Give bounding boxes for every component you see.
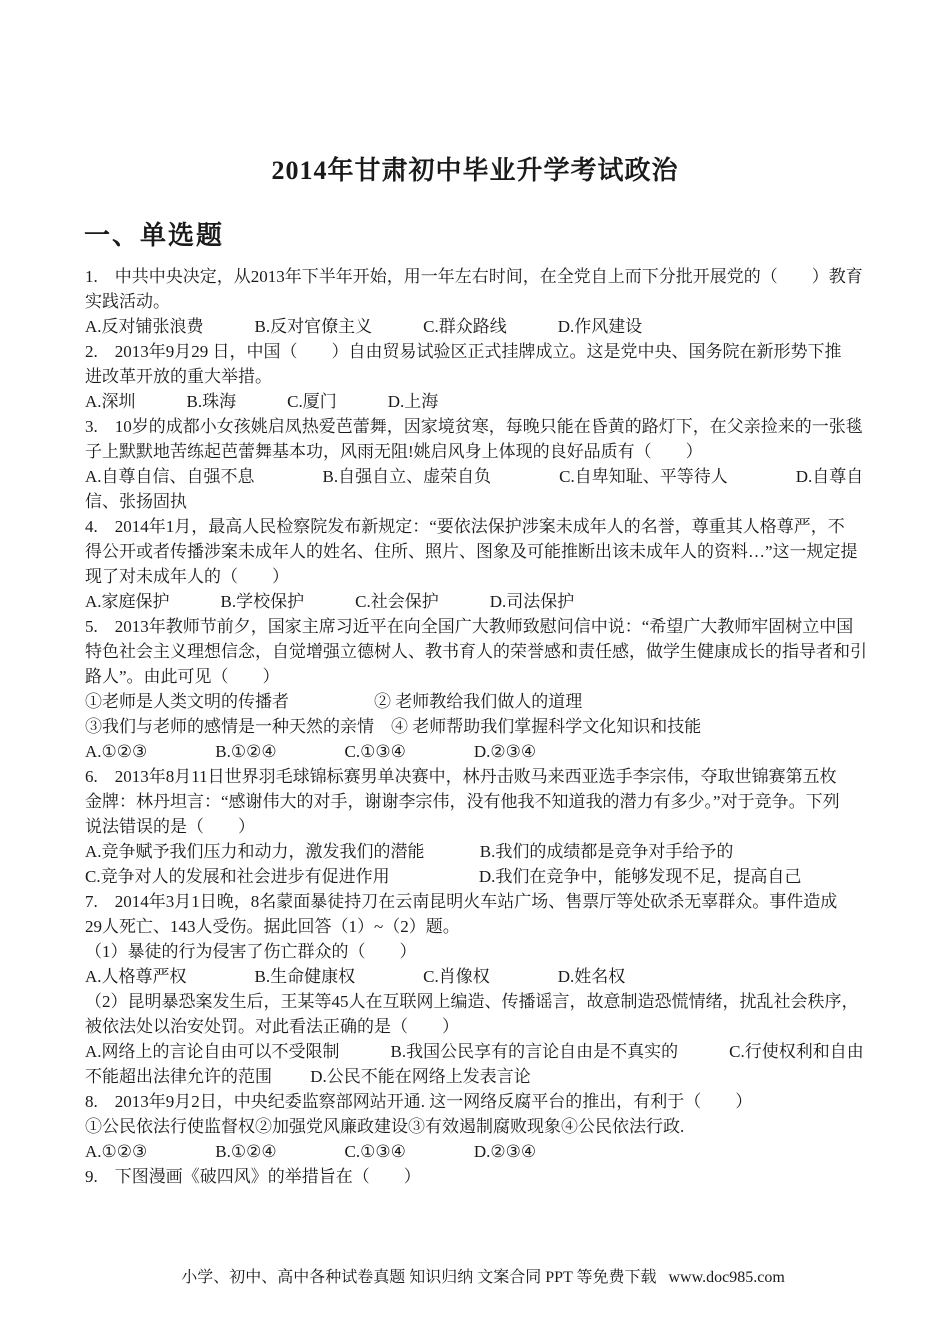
text-line: 1. 中共中央决定，从2013年下半年开始，用一年左右时间，在全党自上而下分批开… [85, 264, 905, 289]
text-line: （2）昆明暴恐案发生后，王某等45人在互联网上编造、传播谣言，故意制造恐慌情绪，… [85, 989, 905, 1014]
section-heading: 一、单选题 [84, 215, 224, 252]
text-line: ①公民依法行使监督权②加强党风廉政建设③有效遏制腐败现象④公民依法行政. [85, 1114, 905, 1139]
text-line: 现了对未成年人的（ ） [85, 564, 905, 589]
text-line: 5. 2013年教师节前夕，国家主席习近平在向全国广大教师致慰问信中说：“希望广… [85, 614, 905, 639]
text-line: 被依法处以治安处罚。对此看法正确的是（ ） [85, 1014, 905, 1039]
text-line: A.①②③ B.①②④ C.①③④ D.②③④ [85, 1139, 905, 1164]
text-line: C.竞争对人的发展和社会进步有促进作用 D.我们在竞争中，能够发现不足，提高自己 [85, 864, 905, 889]
text-line: ①老师是人类文明的传播者 ② 老师教给我们做人的道理 [85, 689, 905, 714]
text-line: 7. 2014年3月1日晚，8名蒙面暴徒持刀在云南昆明火车站广场、售票厅等处砍杀… [85, 889, 905, 914]
text-line: 说法错误的是（ ） [85, 814, 905, 839]
text-line: 进改革开放的重大举措。 [85, 364, 905, 389]
page-title: 2014年甘肃初中毕业升学考试政治 [0, 150, 950, 187]
text-line: A.自尊自信、自强不息 B.自强自立、虚荣自负 C.自卑知耻、平等待人 D.自尊… [85, 464, 905, 489]
text-line: ③我们与老师的感情是一种天然的亲情 ④ 老师帮助我们掌握科学文化知识和技能 [85, 714, 905, 739]
text-line: 实践活动。 [85, 289, 905, 314]
page-footer: 小学、初中、高中各种试卷真题 知识归纳 文案合同 PPT 等免费下载www.do… [0, 1246, 950, 1305]
text-line: 2. 2013年9月29 日，中国（ ）自由贸易试验区正式挂牌成立。这是党中央、… [85, 339, 905, 364]
text-line: 特色社会主义理想信念，自觉增强立德树人、教书育人的荣誉感和责任感，做学生健康成长… [85, 639, 905, 664]
document-lines: 1. 中共中央决定，从2013年下半年开始，用一年左右时间，在全党自上而下分批开… [85, 264, 905, 1189]
text-line: A.家庭保护 B.学校保护 C.社会保护 D.司法保护 [85, 589, 905, 614]
text-line: 信、张扬固执 [85, 489, 905, 514]
text-line: 6. 2013年8月11日世界羽毛球锦标赛男单决赛中，林丹击败马来西亚选手李宗伟… [85, 764, 905, 789]
text-line: 不能超出法律允许的范围 D.公民不能在网络上发表言论 [85, 1064, 905, 1089]
text-line: 子上默默地苦练起芭蕾舞基本功，风雨无阻!姚启风身上体现的良好品质有（ ） [85, 439, 905, 464]
text-line: 得公开或者传播涉案未成年人的姓名、住所、照片、图象及可能推断出该未成年人的资料…… [85, 539, 905, 564]
text-line: 4. 2014年1月，最高人民检察院发布新规定：“要依法保护涉案未成年人的名誉，… [85, 514, 905, 539]
text-line: A.深圳 B.珠海 C.厦门 D.上海 [85, 389, 905, 414]
text-line: A.反对铺张浪费 B.反对官僚主义 C.群众路线 D.作风建设 [85, 314, 905, 339]
text-line: A.网络上的言论自由可以不受限制 B.我国公民享有的言论自由是不真实的 C.行使… [85, 1039, 905, 1064]
text-line: A.人格尊严权 B.生命健康权 C.肖像权 D.姓名权 [85, 964, 905, 989]
text-line: A.①②③ B.①②④ C.①③④ D.②③④ [85, 739, 905, 764]
text-line: A.竞争赋予我们压力和动力，激发我们的潜能 B.我们的成绩都是竞争对手给予的 [85, 839, 905, 864]
text-line: 29人死亡、143人受伤。据此回答（1）~（2）题。 [85, 914, 905, 939]
text-line: 金牌：林丹坦言：“感谢伟大的对手，谢谢李宗伟，没有他我不知道我的潜力有多少。”对… [85, 789, 905, 814]
text-line: 8. 2013年9月2日，中央纪委监察部网站开通. 这一网络反腐平台的推出，有利… [85, 1089, 905, 1114]
text-line: 路人”。由此可见（ ） [85, 664, 905, 689]
text-line: 9. 下图漫画《破四风》的举措旨在（ ） [85, 1164, 905, 1189]
footer-url: www.doc985.com [669, 1269, 785, 1286]
exam-document-page: 2014年甘肃初中毕业升学考试政治 一、单选题 1. 中共中央决定，从2013年… [0, 0, 950, 1344]
footer-text: 小学、初中、高中各种试卷真题 知识归纳 文案合同 PPT 等免费下载 [181, 1269, 656, 1286]
text-line: （1）暴徒的行为侵害了伤亡群众的（ ） [85, 939, 905, 964]
text-line: 3. 10岁的成都小女孩姚启凤热爱芭蕾舞，因家境贫寒，每晚只能在昏黄的路灯下，在… [85, 414, 905, 439]
